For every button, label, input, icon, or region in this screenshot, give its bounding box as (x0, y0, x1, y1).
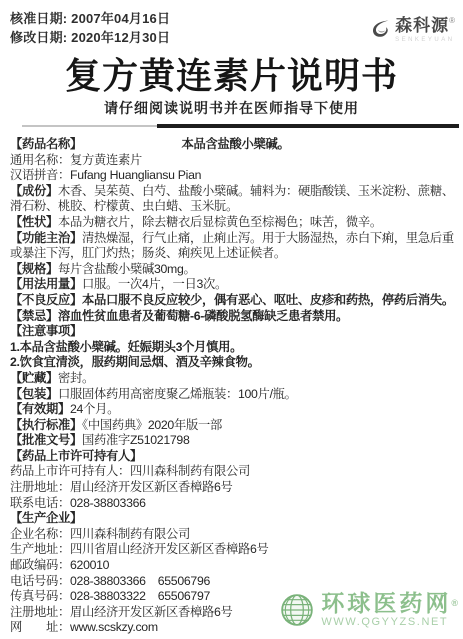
section-text: 本品为糖衣片，除去糖衣后显棕黄色至棕褐色；味苦，微辛。 (58, 215, 382, 229)
section-label: 【药品上市许可持有人】 (10, 449, 142, 463)
section-text: 邮政编码：620010 (10, 558, 109, 572)
section-label: 【成份】 (10, 184, 58, 198)
leaflet-line: 1.本品含盐酸小檗碱。妊娠期头3个月慎用。 (10, 340, 461, 356)
section-text: 本品口服不良反应较少，偶有恶心、呕吐、皮疹和药热，停药后消失。 (82, 293, 454, 307)
watermark-registered-mark-icon: ® (451, 598, 458, 608)
leaflet-line: 【不良反应】本品口服不良反应较少，偶有恶心、呕吐、皮疹和药热，停药后消失。 (10, 293, 461, 309)
section-text: 注册地址：眉山经济开发区新区香樟路6号 (10, 605, 232, 619)
section-text: 口服固体药用高密度聚乙烯瓶装：100片/瓶。 (58, 387, 297, 401)
leaflet-line: 【执行标准】《中国药典》2020年版一部 (10, 418, 461, 434)
divider-thin-segment (22, 125, 157, 127)
leaflet-line: 【注意事项】 (10, 324, 461, 340)
registered-mark-icon: ® (449, 16, 455, 25)
section-label: 【贮藏】 (10, 371, 58, 385)
section-label: 【执行标准】 (10, 418, 82, 432)
watermark-title: 环球医药网® (321, 591, 458, 615)
leaflet-line: 【用法用量】口服。一次4片，一日3次。 (10, 277, 461, 293)
leaflet-line: 【药品上市许可持有人】 (10, 449, 461, 465)
watermark-url: WWW.QGYYZS.NET (321, 616, 458, 628)
approval-date: 核准日期: 2007年04月16日 (10, 9, 170, 28)
divider-thick-segment (157, 124, 459, 128)
section-text: 汉语拼音：Fufang Huangliansu Pian (10, 168, 201, 182)
brand-logo: 森科源® SENKEYUAN (369, 17, 455, 43)
leaflet-line: 注册地址：眉山经济开发区新区香樟路6号 (10, 480, 461, 496)
revision-date: 修改日期: 2020年12月30日 (10, 28, 170, 47)
brand-swoosh-icon (369, 18, 392, 39)
section-text: 传真号码：028-38803322 65506797 (10, 589, 210, 603)
leaflet-line: 【生产企业】 (10, 511, 461, 527)
leaflet-line: 【贮藏】密封。 (10, 371, 461, 387)
section-text: 1.本品含盐酸小檗碱。妊娠期头3个月慎用。 (10, 340, 242, 354)
watermark-title-text: 环球医药网 (321, 590, 451, 616)
leaflet-line: 【禁忌】溶血性贫血患者及葡萄糖-6-磷酸脱氢酶缺乏患者禁用。 (10, 309, 461, 325)
brand-text: 森科源® SENKEYUAN (395, 17, 455, 43)
section-text: 《中国药典》2020年版一部 (82, 418, 222, 432)
section-text: 联系电话：028-38803366 (10, 496, 146, 510)
leaflet-line: 【成份】木香、吴茱萸、白芍、盐酸小檗碱。辅料为：硬脂酸镁、玉米淀粉、蔗糖、滑石粉… (10, 184, 461, 215)
section-label: 【药品名称】 (10, 137, 82, 151)
section-label: 【不良反应】 (10, 293, 82, 307)
leaflet-line: 联系电话：028-38803366 (10, 496, 461, 512)
section-text: 网 址：www.scskzy.com (10, 620, 158, 634)
leaflet-line: 2.饮食宜清淡，服药期间忌烟、酒及辛辣食物。 (10, 355, 461, 371)
leaflet-line: 【批准文号】国药准字Z51021798 (10, 433, 461, 449)
leaflet-body: 本品含盐酸小檗碱。 【药品名称】通用名称：复方黄连素片汉语拼音：Fufang H… (0, 128, 463, 636)
section-label: 【注意事项】 (10, 324, 82, 338)
section-label: 【生产企业】 (10, 511, 82, 525)
section-text: 溶血性贫血患者及葡萄糖-6-磷酸脱氢酶缺乏患者禁用。 (58, 309, 348, 323)
subtitle: 请仔细阅读说明书并在医师指导下使用 (0, 99, 463, 117)
section-text: 药品上市许可持有人：四川森科制药有限公司 (10, 464, 250, 478)
section-text: 注册地址：眉山经济开发区新区香樟路6号 (10, 480, 232, 494)
top-bar: 核准日期: 2007年04月16日 修改日期: 2020年12月30日 森科源®… (0, 0, 463, 47)
section-label: 【用法用量】 (10, 277, 82, 291)
section-label: 【功能主治】 (10, 231, 82, 245)
leaflet-line: 邮政编码：620010 (10, 558, 461, 574)
date-block: 核准日期: 2007年04月16日 修改日期: 2020年12月30日 (10, 9, 170, 47)
section-text: 国药准字Z51021798 (82, 433, 190, 447)
section-text: 生产地址：四川省眉山经济开发区新区香樟路6号 (10, 542, 268, 556)
section-label: 【有效期】 (10, 402, 70, 416)
leaflet-line: 【包装】口服固体药用高密度聚乙烯瓶装：100片/瓶。 (10, 387, 461, 403)
leaflet-line: 企业名称：四川森科制药有限公司 (10, 527, 461, 543)
section-label: 【性状】 (10, 215, 58, 229)
leaflet-line: 【规格】每片含盐酸小檗碱30mg。 (10, 262, 461, 278)
leaflet-page: 核准日期: 2007年04月16日 修改日期: 2020年12月30日 森科源®… (0, 0, 463, 639)
section-text: 通用名称：复方黄连素片 (10, 153, 142, 167)
section-text: 密封。 (58, 371, 94, 385)
leaflet-line: 电话号码：028-38803366 65506796 (10, 574, 461, 590)
section-text: 24个月。 (70, 402, 119, 416)
leaflet-line: 【功能主治】清热燥湿，行气止痛，止痢止泻。用于大肠湿热，赤白下痢，里急后重或暴注… (10, 231, 461, 262)
section-text: 2.饮食宜清淡，服药期间忌烟、酒及辛辣食物。 (10, 355, 260, 369)
page-title: 复方黄连素片说明书 (0, 56, 463, 96)
globe-icon (279, 592, 315, 628)
watermark: 环球医药网® WWW.QGYYZS.NET (279, 591, 458, 628)
section-label: 【规格】 (10, 262, 58, 276)
section-text: 木香、吴茱萸、白芍、盐酸小檗碱。辅料为：硬脂酸镁、玉米淀粉、蔗糖、滑石粉、桃胶、… (10, 184, 454, 214)
brand-name: 森科源 (395, 16, 449, 35)
leaflet-line: 通用名称：复方黄连素片 (10, 153, 461, 169)
section-text: 电话号码：028-38803366 65506796 (10, 574, 210, 588)
brand-subtext: SENKEYUAN (395, 37, 455, 43)
section-text: 每片含盐酸小檗碱30mg。 (58, 262, 196, 276)
leaflet-line: 药品上市许可持有人：四川森科制药有限公司 (10, 464, 461, 480)
section-text: 口服。一次4片，一日3次。 (82, 277, 227, 291)
section-label: 【批准文号】 (10, 433, 82, 447)
section-label: 【包装】 (10, 387, 58, 401)
leaflet-line: 【有效期】24个月。 (10, 402, 461, 418)
leaflet-line: 【性状】本品为糖衣片，除去糖衣后显棕黄色至棕褐色；味苦，微辛。 (10, 215, 461, 231)
leaflet-line: 生产地址：四川省眉山经济开发区新区香樟路6号 (10, 542, 461, 558)
section-text: 企业名称：四川森科制药有限公司 (10, 527, 190, 541)
leaflet-lines: 【药品名称】通用名称：复方黄连素片汉语拼音：Fufang Huangliansu… (10, 137, 461, 636)
watermark-text: 环球医药网® WWW.QGYYZS.NET (321, 591, 458, 628)
leaflet-line: 汉语拼音：Fufang Huangliansu Pian (10, 168, 461, 184)
section-label: 【禁忌】 (10, 309, 58, 323)
